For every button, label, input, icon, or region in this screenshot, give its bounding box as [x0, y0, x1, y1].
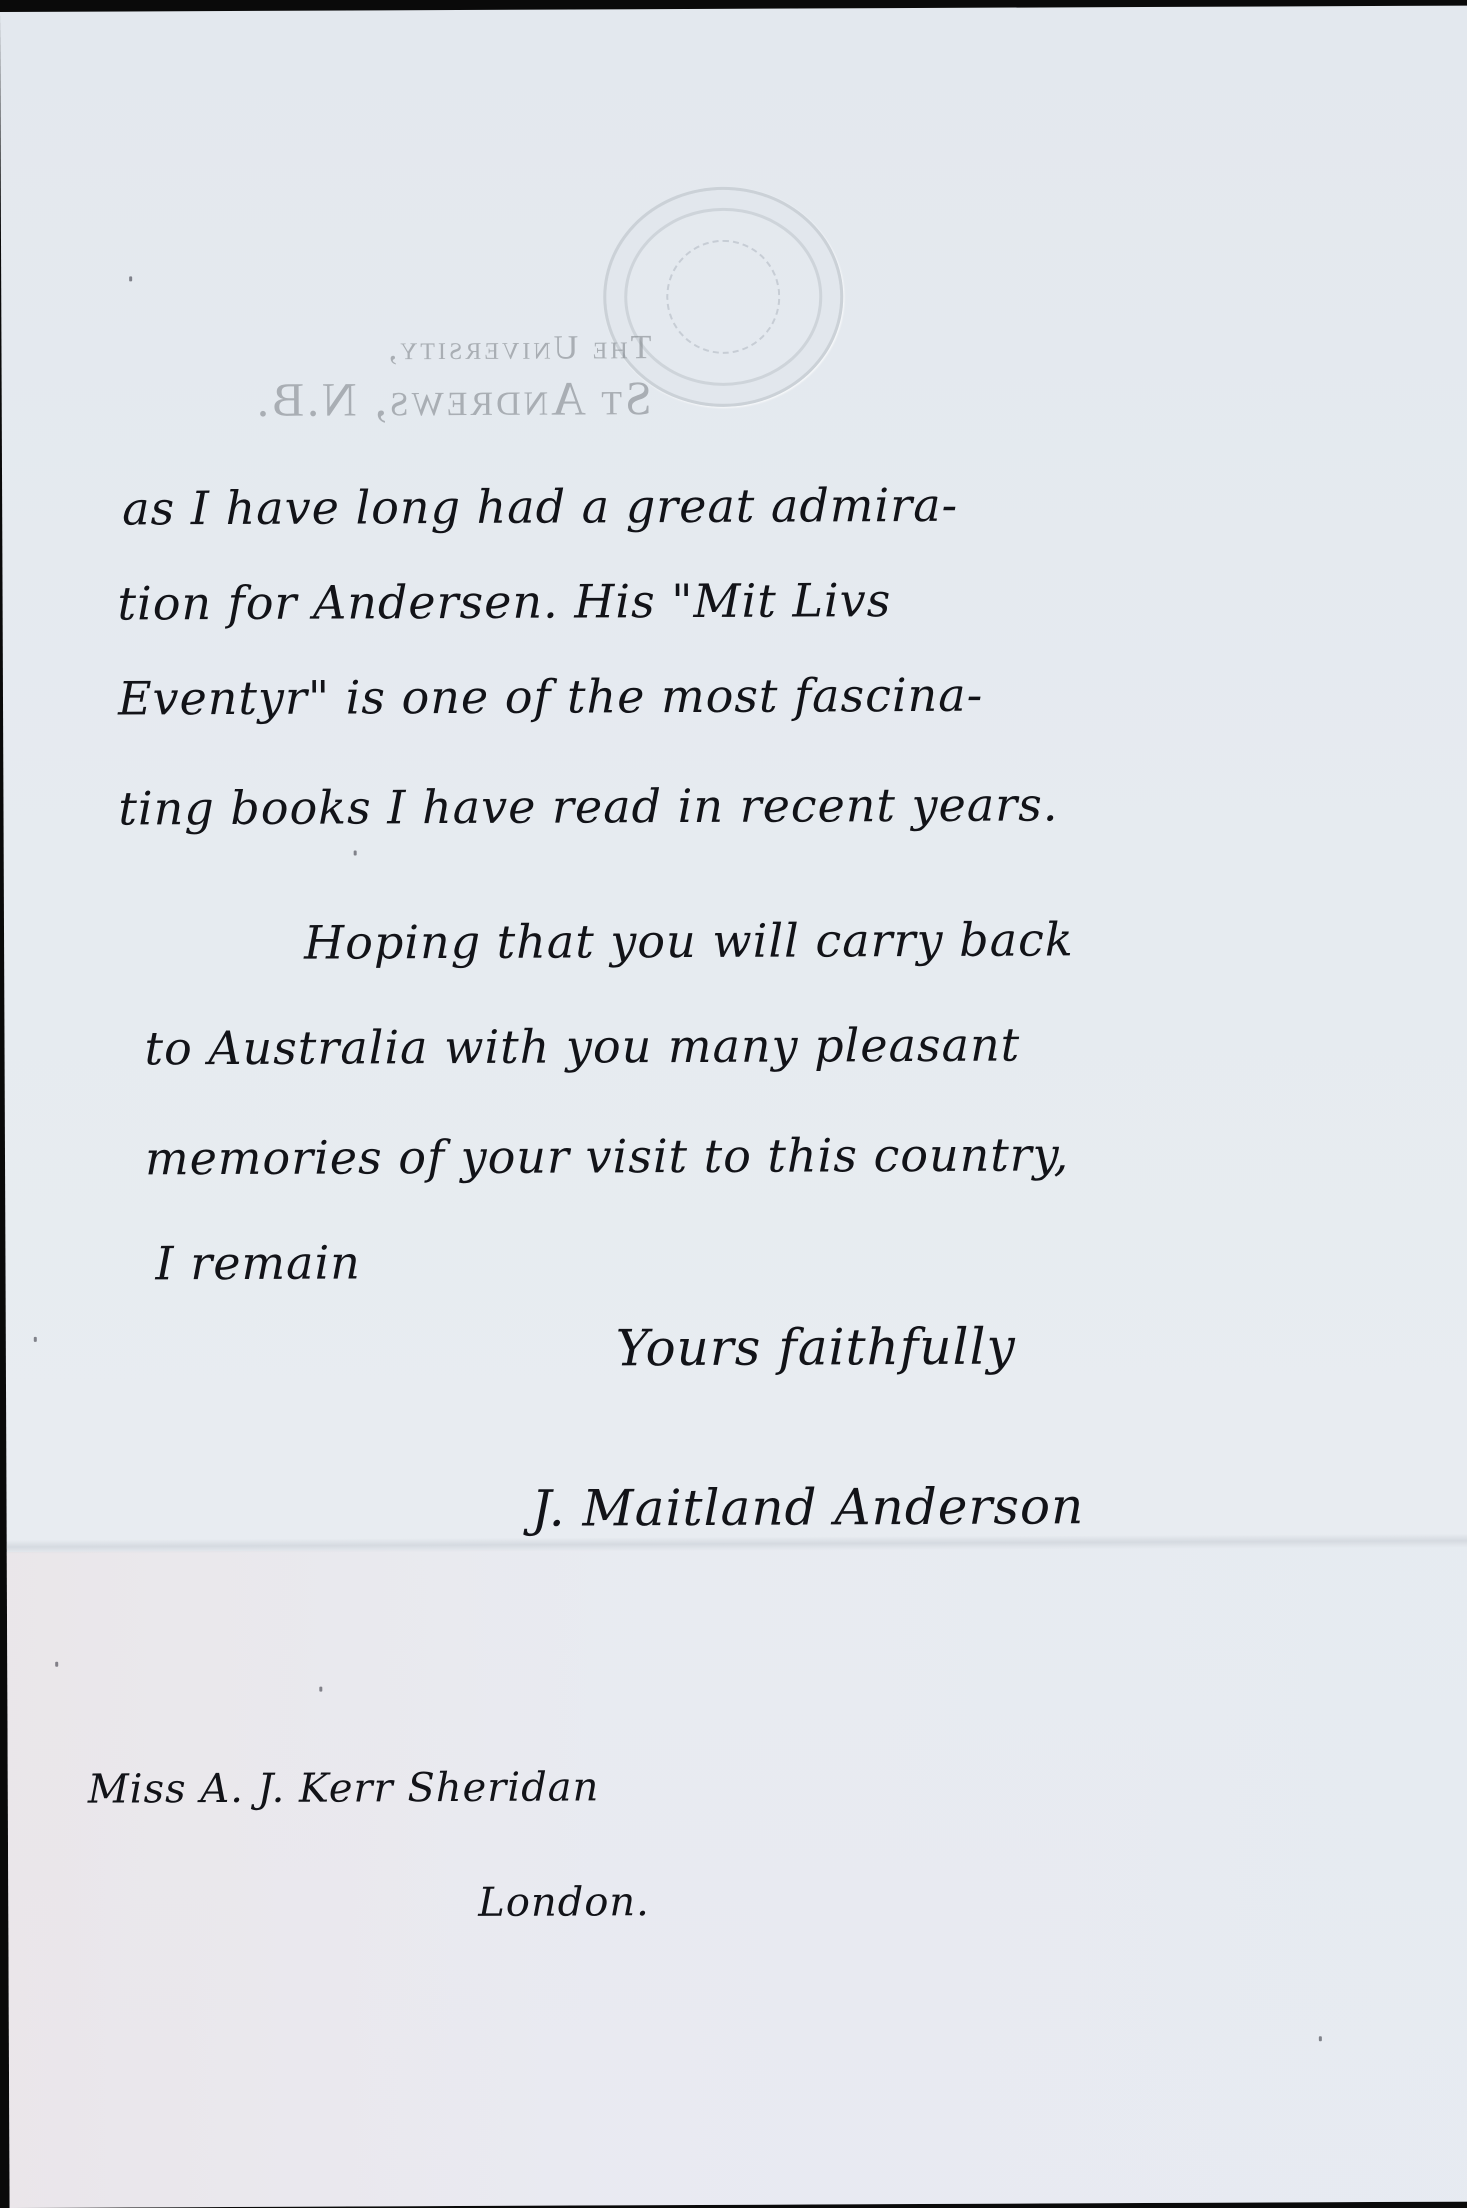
body-line: as I have long had a great admira-	[122, 478, 958, 536]
paper-lower-tint	[7, 1546, 1467, 2208]
body-line: memories of your visit to this country,	[145, 1127, 1069, 1185]
paper-speck	[34, 1337, 37, 1342]
letter-sheet: The University, St Andrews, N.B. as I ha…	[0, 6, 1467, 2208]
recipient-location: London.	[478, 1879, 650, 1926]
body-line: Hoping that you will carry back	[304, 912, 1074, 969]
paper-speck	[354, 850, 357, 855]
paper-speck	[55, 1662, 58, 1667]
paper-speck	[129, 276, 132, 281]
paper-speck	[1319, 2036, 1322, 2041]
letterhead-offset: The University, St Andrews, N.B.	[31, 329, 651, 429]
body-line: I remain	[155, 1235, 361, 1290]
paper-speck	[319, 1687, 322, 1692]
body-line: to Australia with you many pleasant	[144, 1018, 1020, 1076]
body-line: Eventyr" is one of the most fascina-	[118, 668, 983, 726]
signature: J. Maitland Anderson	[531, 1477, 1084, 1537]
valediction: Yours faithfully	[616, 1318, 1016, 1378]
letterhead-line-1: The University,	[31, 329, 651, 370]
recipient-name: Miss A. J. Kerr Sheridan	[88, 1764, 600, 1812]
seal-crest-icon	[666, 240, 780, 354]
body-line: ting books I have read in recent years.	[118, 777, 1058, 835]
body-line: tion for Andersen. His "Mit Livs	[117, 573, 891, 630]
letterhead-line-2: St Andrews, N.B.	[32, 371, 652, 429]
